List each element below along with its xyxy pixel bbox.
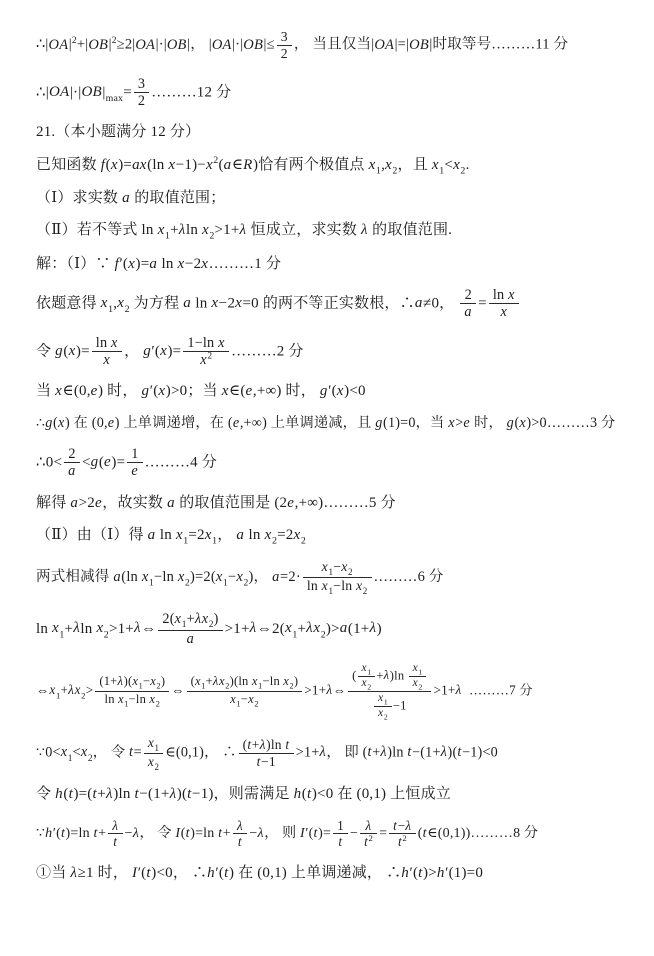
subscript: 1	[418, 667, 422, 676]
subscript: 2	[348, 567, 353, 577]
fraction: ln xx	[92, 335, 122, 369]
subscript: 2	[155, 762, 160, 772]
fraction: x1x2	[374, 692, 392, 721]
math-line-15: 两式相减得 a(ln x1−ln x2)=2(x1−x2)， a=2·x1−x2…	[36, 558, 644, 597]
fraction: (x1+λx2)(ln x1−ln x2)x1−x2	[187, 674, 303, 709]
fraction: 1−ln xx2	[183, 335, 229, 369]
fraction: λt	[108, 818, 122, 850]
superscript: 2	[368, 833, 373, 843]
math-line-20: ∵h′(t)=ln t+λt−λ， 令 I(t)=ln t+λt−λ， 则 I′…	[36, 817, 644, 851]
subscript: max	[106, 92, 124, 103]
subscript: 2	[156, 699, 160, 708]
math-line-18: ∵0<x1<x2， 令 t=x1x2∈(0,1)， ∴(t+λ)ln tt−1>…	[36, 734, 644, 773]
math-line-8: 依题意得 x1,x2 为方程 a ln x−2x=0 的两不等正实数根，∴a≠0…	[36, 286, 644, 322]
fraction: (t+λ)ln tt−1	[239, 737, 294, 769]
fraction: 1t	[333, 818, 348, 850]
math-line-13: 解得 a>2e，故实数 a 的取值范围是 (2e,+∞)………5 分	[36, 493, 644, 513]
math-line-3: 21.（本小题满分 12 分）	[36, 122, 644, 142]
subscript: 1	[367, 667, 371, 676]
fraction: 32	[134, 76, 149, 110]
math-line-2: ∴|OA|·|OB|max=32………12 分	[36, 75, 644, 111]
solution-lines: ∴|OA|2+|OB|2≥2|OA|·|OB|， |OA|·|OB|≤32， 当…	[36, 28, 644, 883]
fraction: 1e	[127, 446, 142, 480]
math-line-10: 当 x∈(0,e) 时， g′(x)>0；当 x∈(e,+∞) 时， g′(x)…	[36, 381, 644, 401]
fraction: ln xx	[489, 287, 519, 321]
subscript: 2	[254, 699, 258, 708]
fraction: (x1x2+λ)ln x1x2x1x2−1	[348, 662, 431, 721]
fraction: x1x2	[409, 662, 427, 691]
fraction: λt	[233, 818, 247, 850]
subscript: 2	[301, 535, 306, 546]
math-line-5: （Ⅰ）求实数 a 的取值范围；	[36, 188, 644, 208]
math-line-17: ⇔x1+λx2>(1+λ)(x1−x2)ln x1−ln x2⇔(x1+λx2)…	[36, 661, 644, 722]
math-line-4: 已知函数 f(x)=ax(ln x−1)−x2(a∈R)恰有两个极值点 x1,x…	[36, 155, 644, 176]
fraction: (1+λ)(x1−x2)ln x1−ln x2	[95, 674, 169, 709]
fraction: t−λt2	[389, 818, 416, 850]
subscript: 2	[363, 586, 368, 596]
fraction: 32	[277, 29, 292, 62]
fraction: x1x2	[358, 662, 376, 691]
math-line-11: ∴g(x) 在 (0,e) 上单调递增，在 (e,+∞) 上单调递减，且 g(1…	[36, 414, 644, 433]
subscript: 2	[384, 712, 388, 721]
fraction: 2(x1+λx2)a	[158, 611, 222, 648]
math-line-1: ∴|OA|2+|OB|2≥2|OA|·|OB|， |OA|·|OB|≤32， 当…	[36, 28, 644, 63]
subscript: 1	[155, 743, 160, 753]
fraction: x1−x2ln x1−ln x2	[303, 559, 372, 596]
math-line-21: ①当 λ≥1 时， I′(t)<0， ∴h′(t) 在 (0,1) 上单调递减，…	[36, 863, 644, 883]
math-line-12: ∴0<2a<g(e)=1e………4 分	[36, 445, 644, 481]
fraction: x1x2	[144, 735, 163, 772]
fraction: 2a	[460, 287, 476, 321]
math-line-7: 解：（Ⅰ）∵ f′(x)=a ln x−2x………1 分	[36, 254, 644, 274]
fraction: 2a	[64, 446, 80, 480]
subscript: 2	[418, 682, 422, 691]
superscript: 2	[402, 833, 407, 843]
math-line-6: （Ⅱ）若不等式 ln x1+λln x2>1+λ 恒成立，求实数 λ 的取值范围…	[36, 220, 644, 241]
math-line-19: 令 h(t)=(t+λ)ln t−(1+λ)(t−1)，则需满足 h(t)<0 …	[36, 784, 644, 804]
subscript: 1	[384, 697, 388, 706]
subscript: 2	[367, 682, 371, 691]
math-line-16: ln x1+λln x2>1+λ⇔2(x1+λx2)a>1+λ⇔2(x1+λx2…	[36, 610, 644, 649]
math-line-9: 令 g(x)=ln xx， g′(x)=1−ln xx2………2 分	[36, 334, 644, 370]
math-line-14: （Ⅱ）由（Ⅰ）得 a ln x1=2x1， a ln x2=2x2	[36, 525, 644, 546]
superscript: 2	[207, 351, 212, 361]
fraction: λt2	[360, 818, 377, 850]
document-page: ∴|OA|2+|OB|2≥2|OA|·|OB|， |OA|·|OB|≤32， 当…	[0, 0, 654, 956]
